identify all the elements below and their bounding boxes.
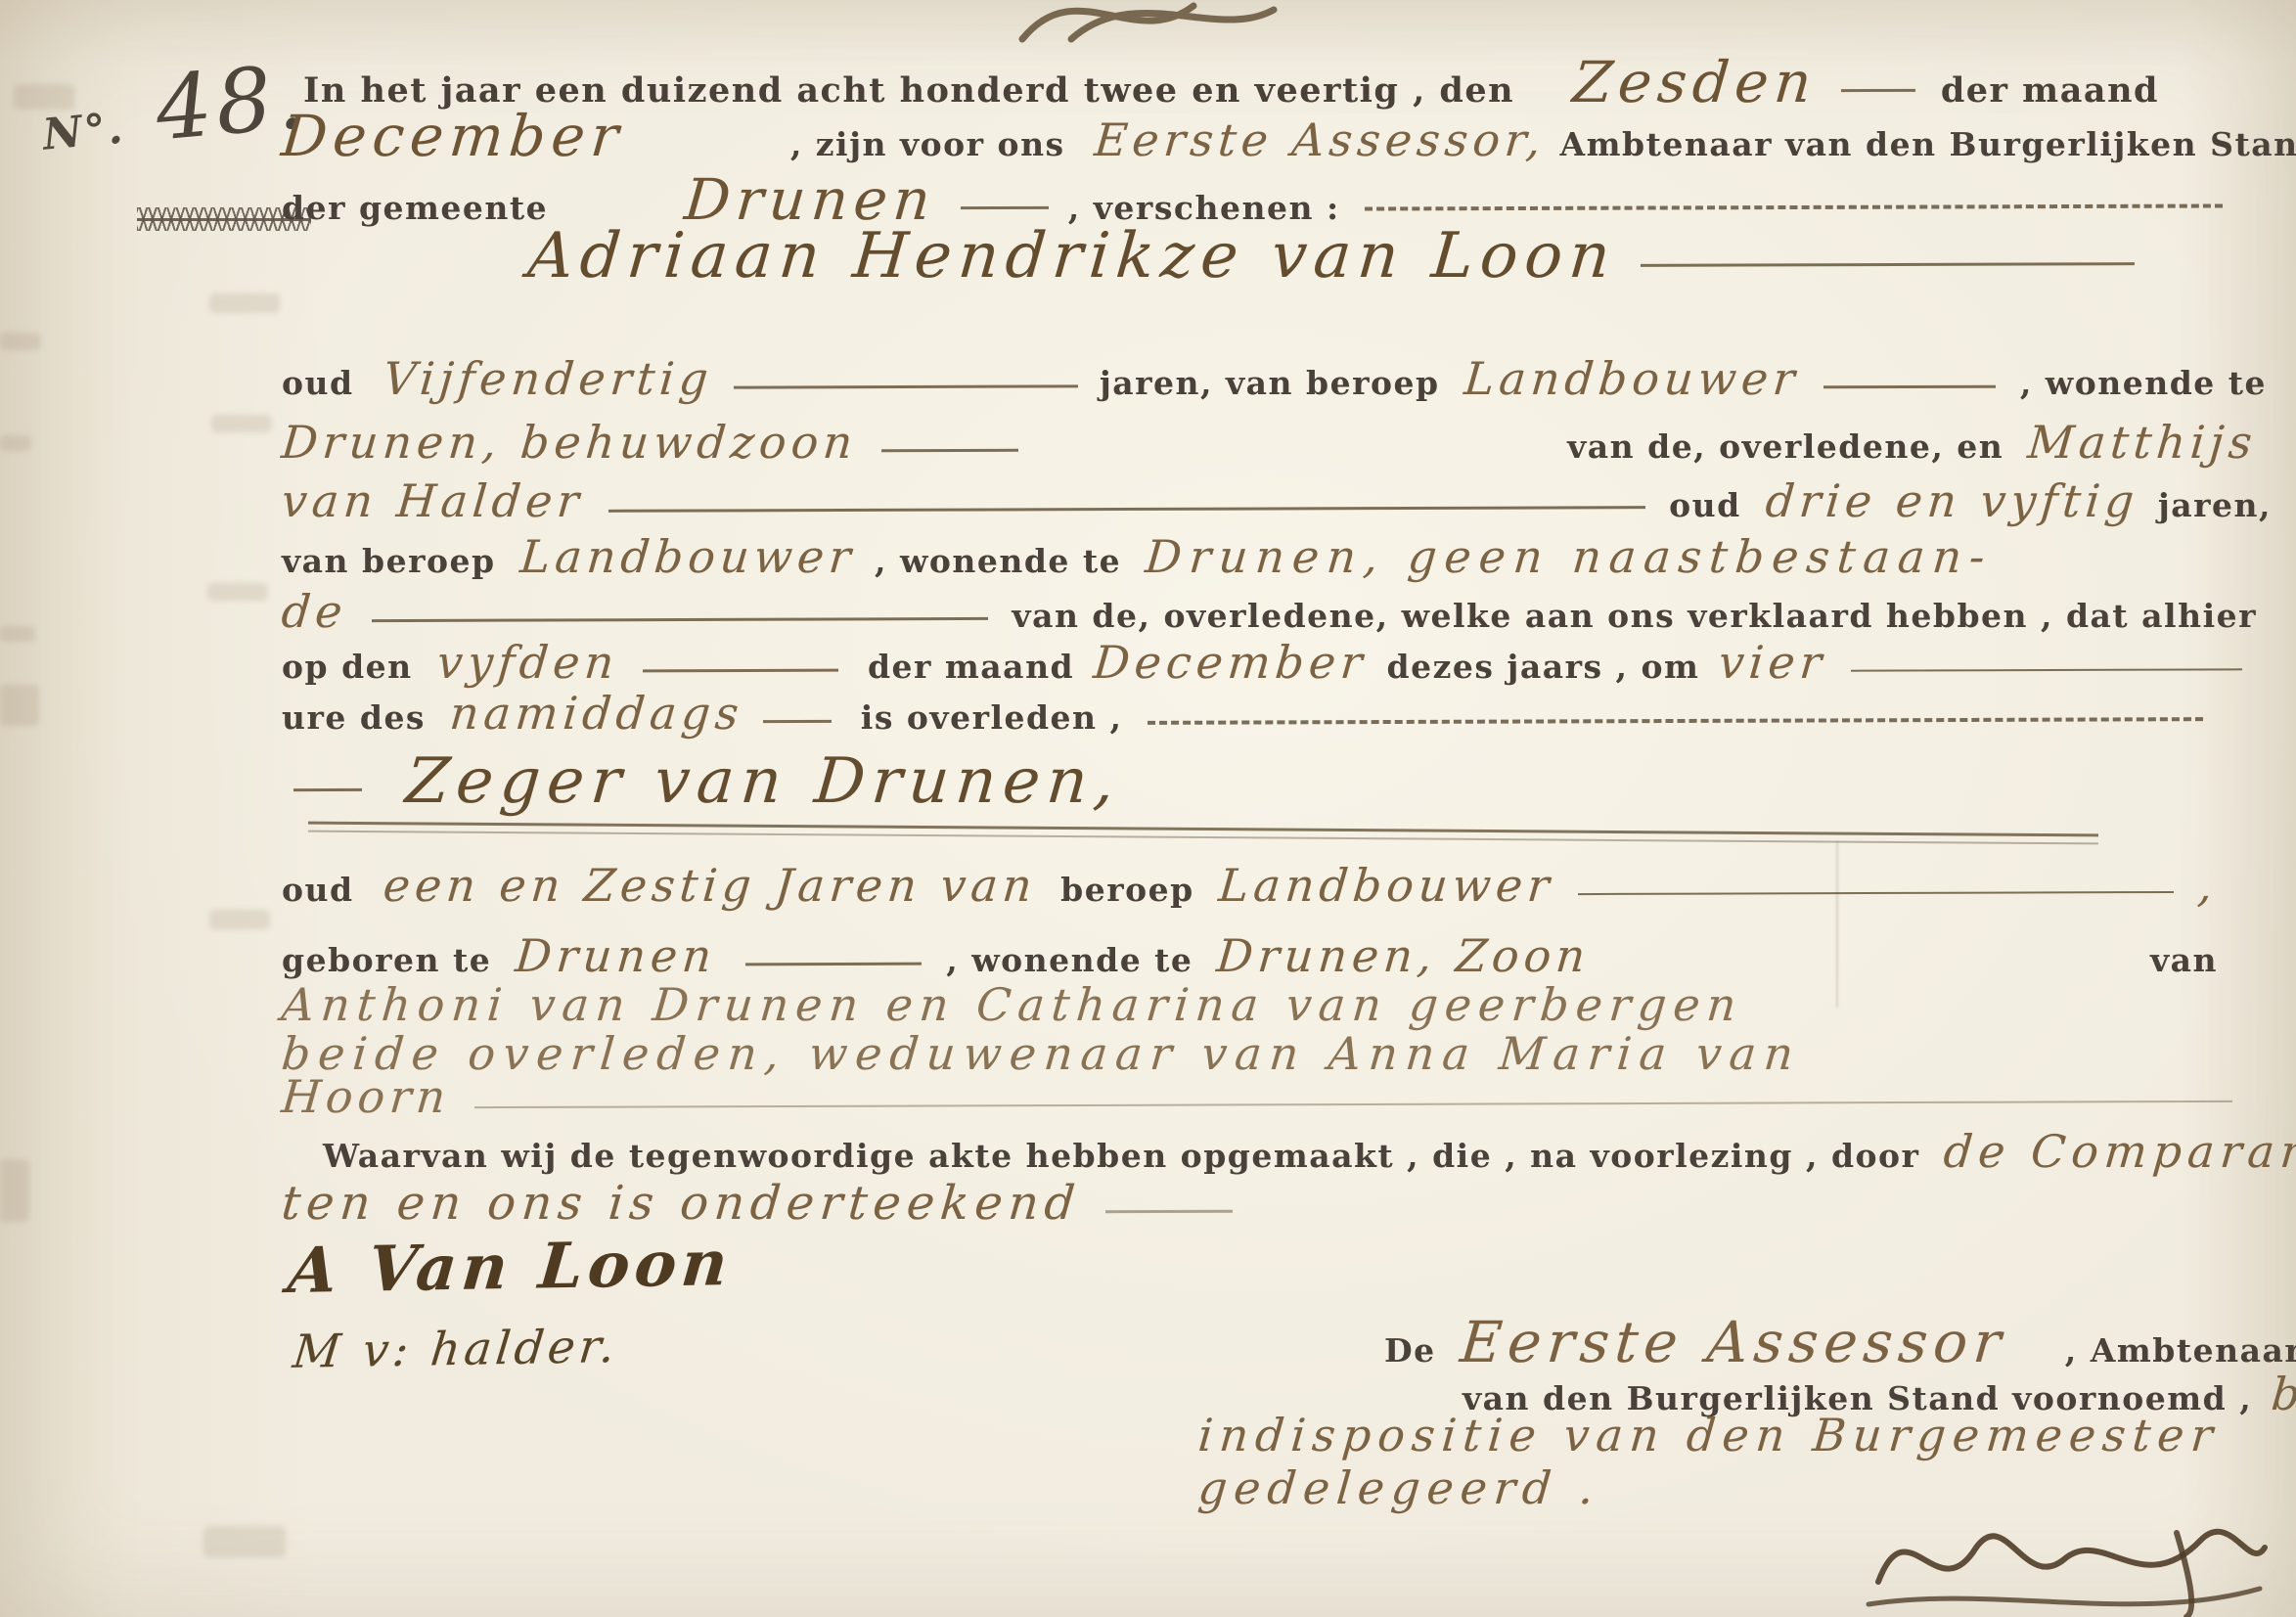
printed-segment: jaren, van beroep bbox=[1100, 364, 1440, 402]
bleed-through-mark bbox=[14, 84, 74, 110]
handwritten-age: Vijfendertig bbox=[381, 352, 714, 405]
act-line-10: op den vyfden der maand December dezes j… bbox=[282, 636, 2267, 689]
act-line-12: Zeger van Drunen, bbox=[293, 745, 2247, 818]
handwritten-declarant-name: Adriaan Hendrikze van Loon bbox=[525, 220, 1620, 292]
printed-segment: op den bbox=[282, 648, 413, 686]
handwritten-month: December bbox=[279, 103, 627, 169]
act-line-4: Adriaan Hendrikze van Loon bbox=[528, 220, 2159, 292]
bleed-through-mark bbox=[203, 1526, 286, 1557]
cut-off-signature-fragment bbox=[1017, 0, 1282, 43]
printed-segment: dezes jaars , om bbox=[1387, 648, 1700, 686]
handwritten-profession: Landbouwer bbox=[1216, 859, 1555, 912]
bleed-through-mark bbox=[207, 583, 268, 601]
act-line-19: ten en ons is onderteekend bbox=[282, 1176, 2247, 1231]
blank-fill-rule bbox=[763, 719, 832, 722]
handwritten-residence: Drunen, geen naastbestaan- bbox=[1144, 530, 1995, 583]
printed-segment: oud bbox=[1669, 486, 1741, 524]
act-line-15: Anthoni van Drunen en Catharina van geer… bbox=[282, 978, 2247, 1031]
handwritten-segment: de Comparan- bbox=[1942, 1125, 2296, 1178]
blank-fill-rule bbox=[1823, 384, 1996, 388]
blank-fill-rule bbox=[1148, 717, 2203, 725]
closing-line-3: indispositie van den Burgemeester bbox=[1198, 1409, 2247, 1461]
blank-fill-rule bbox=[745, 962, 922, 966]
printed-segment: , wonende te bbox=[2020, 364, 2267, 402]
bleed-through-mark bbox=[0, 435, 31, 451]
printed-segment: is overleden , bbox=[861, 698, 1123, 737]
act-line-17: Hoorn bbox=[282, 1070, 2257, 1123]
act-line-7: van Halder oud drie en vyftig jaren, bbox=[282, 474, 2272, 527]
printed-segment: van de, overledene, en bbox=[1567, 427, 2003, 466]
act-line-11: ure des namiddags is overleden , bbox=[282, 687, 2228, 740]
printed-segment: De bbox=[1384, 1331, 1436, 1370]
blank-fill-rule bbox=[372, 616, 988, 621]
handwritten-official-title: Eerste Assessor, bbox=[1092, 113, 1548, 166]
blank-fill-rule bbox=[608, 506, 1645, 513]
handwritten-official-title: Eerste Assessor bbox=[1458, 1309, 2009, 1375]
deceased-name-underline bbox=[308, 822, 2098, 845]
handwritten-profession: Landbouwer bbox=[1462, 352, 1801, 405]
blank-fill-rule bbox=[734, 384, 1078, 388]
handwritten-segment: gedelegeerd . bbox=[1196, 1461, 1603, 1514]
bleed-through-mark bbox=[0, 626, 35, 642]
printed-segment: beroep bbox=[1060, 871, 1194, 909]
printed-segment: Ambtenaar van den Burgerlijken Stand, bbox=[1560, 125, 2296, 163]
bleed-through-mark bbox=[209, 293, 280, 313]
handwritten-spouse-surname: Hoorn bbox=[280, 1070, 453, 1123]
handwritten-segment: bij bbox=[2270, 1368, 2296, 1420]
official-signature-scrawl bbox=[1854, 1489, 2274, 1617]
signature-comparant-1: A Van Loon bbox=[285, 1227, 735, 1308]
handwritten-death-day: vyfden bbox=[434, 636, 620, 689]
printed-segment: oud bbox=[282, 364, 354, 402]
printed-segment: van de, overledene, welke aan ons verkla… bbox=[1012, 597, 2257, 635]
handwritten-deceased-name: Zeger van Drunen, bbox=[403, 745, 1124, 818]
act-line-5: oud Vijfendertig jaren, van beroep Landb… bbox=[282, 352, 2267, 405]
handwritten-parents: Anthoni van Drunen en Catharina van geer… bbox=[280, 978, 1745, 1031]
handwritten-death-hour: vier bbox=[1717, 636, 1829, 689]
handwritten-name: van Halder bbox=[280, 474, 586, 527]
printed-segment: jaren, bbox=[2158, 486, 2272, 524]
handwritten-residence-relation: Drunen, behuwdzoon bbox=[280, 416, 860, 469]
act-line-6: Drunen, behuwdzoon van de, overledene, e… bbox=[282, 416, 2257, 469]
act-line-2: December , zijn voor ons Eerste Assessor… bbox=[282, 103, 2247, 169]
blank-fill-rule bbox=[643, 668, 838, 672]
bleed-through-mark bbox=[0, 685, 39, 726]
signature-comparant-2: M v: halder. bbox=[291, 1320, 621, 1379]
bleed-through-mark bbox=[0, 333, 41, 350]
margin-act-number: N°. 48. bbox=[37, 45, 312, 170]
handwritten-residence: Drunen, Zoon bbox=[1215, 929, 1593, 982]
act-line-14: geboren te Drunen , wonende te Drunen, Z… bbox=[282, 929, 2218, 982]
handwritten-death-month: December bbox=[1092, 636, 1370, 689]
blank-fill-rule bbox=[474, 1100, 2232, 1108]
printed-segment: ure des bbox=[282, 698, 426, 737]
handwritten-time-of-day: namiddags bbox=[448, 687, 745, 740]
printed-segment: geboren te bbox=[282, 941, 491, 979]
printed-segment: , wonende te bbox=[875, 542, 1121, 580]
no-label: N°. bbox=[41, 104, 127, 160]
blank-fill-rule bbox=[1105, 1209, 1233, 1212]
handwritten-birthplace: Drunen bbox=[514, 929, 719, 982]
act-line-8: van beroep Landbouwer , wonende te Drune… bbox=[282, 530, 2247, 583]
handwritten-age: drie en vyftig bbox=[1763, 474, 2140, 527]
handwritten-name: Matthijs bbox=[2026, 416, 2259, 469]
blank-fill-rule bbox=[1641, 262, 2135, 267]
blank-fill-rule bbox=[1841, 88, 1915, 91]
printed-segment: der maand bbox=[868, 648, 1074, 686]
printed-segment: Waarvan wij de tegenwoordige akte hebben… bbox=[323, 1137, 1919, 1175]
blank-fill-rule bbox=[1851, 668, 2242, 671]
handwritten-segment: de bbox=[280, 585, 349, 638]
printed-segment: , wonende te bbox=[946, 941, 1193, 979]
act-line-13: oud een en Zestig Jaren van beroep Landb… bbox=[282, 859, 2218, 912]
death-certificate-page: N°. 48. In het jaar een duizend acht hon… bbox=[0, 0, 2296, 1617]
blank-fill-rule bbox=[1578, 891, 2174, 895]
printed-segment: van beroep bbox=[282, 542, 496, 580]
blank-fill-rule bbox=[293, 787, 362, 790]
act-line-18: Waarvan wij de tegenwoordige akte hebben… bbox=[323, 1125, 2247, 1178]
closing-line-1: De Eerste Assessor , Ambtenaar bbox=[1384, 1309, 2237, 1375]
blank-fill-rule bbox=[881, 448, 1018, 451]
handwritten-segment: indispositie van den Burgemeester bbox=[1196, 1409, 2222, 1461]
printed-segment: , zijn voor ons bbox=[790, 125, 1065, 163]
bleed-through-mark bbox=[211, 415, 272, 432]
blank-fill-rule bbox=[1365, 203, 2223, 210]
blank-fill-rule bbox=[961, 205, 1049, 208]
printed-segment: der gemeente bbox=[282, 189, 548, 227]
handwritten-age: een en Zestig Jaren van bbox=[381, 859, 1038, 912]
paper-crease bbox=[1836, 841, 1838, 1008]
printed-segment: van bbox=[2150, 941, 2218, 979]
bleed-through-mark bbox=[0, 1159, 29, 1222]
printed-segment: oud bbox=[282, 871, 354, 909]
handwritten-segment: ten en ons is onderteekend bbox=[280, 1176, 1083, 1231]
handwritten-profession: Landbouwer bbox=[518, 530, 857, 583]
printed-segment: , Ambtenaar bbox=[2065, 1331, 2296, 1370]
act-line-9: de van de, overledene, welke aan ons ver… bbox=[282, 585, 2257, 638]
bleed-through-mark bbox=[209, 910, 270, 929]
handwritten-segment: , bbox=[2196, 859, 2220, 912]
